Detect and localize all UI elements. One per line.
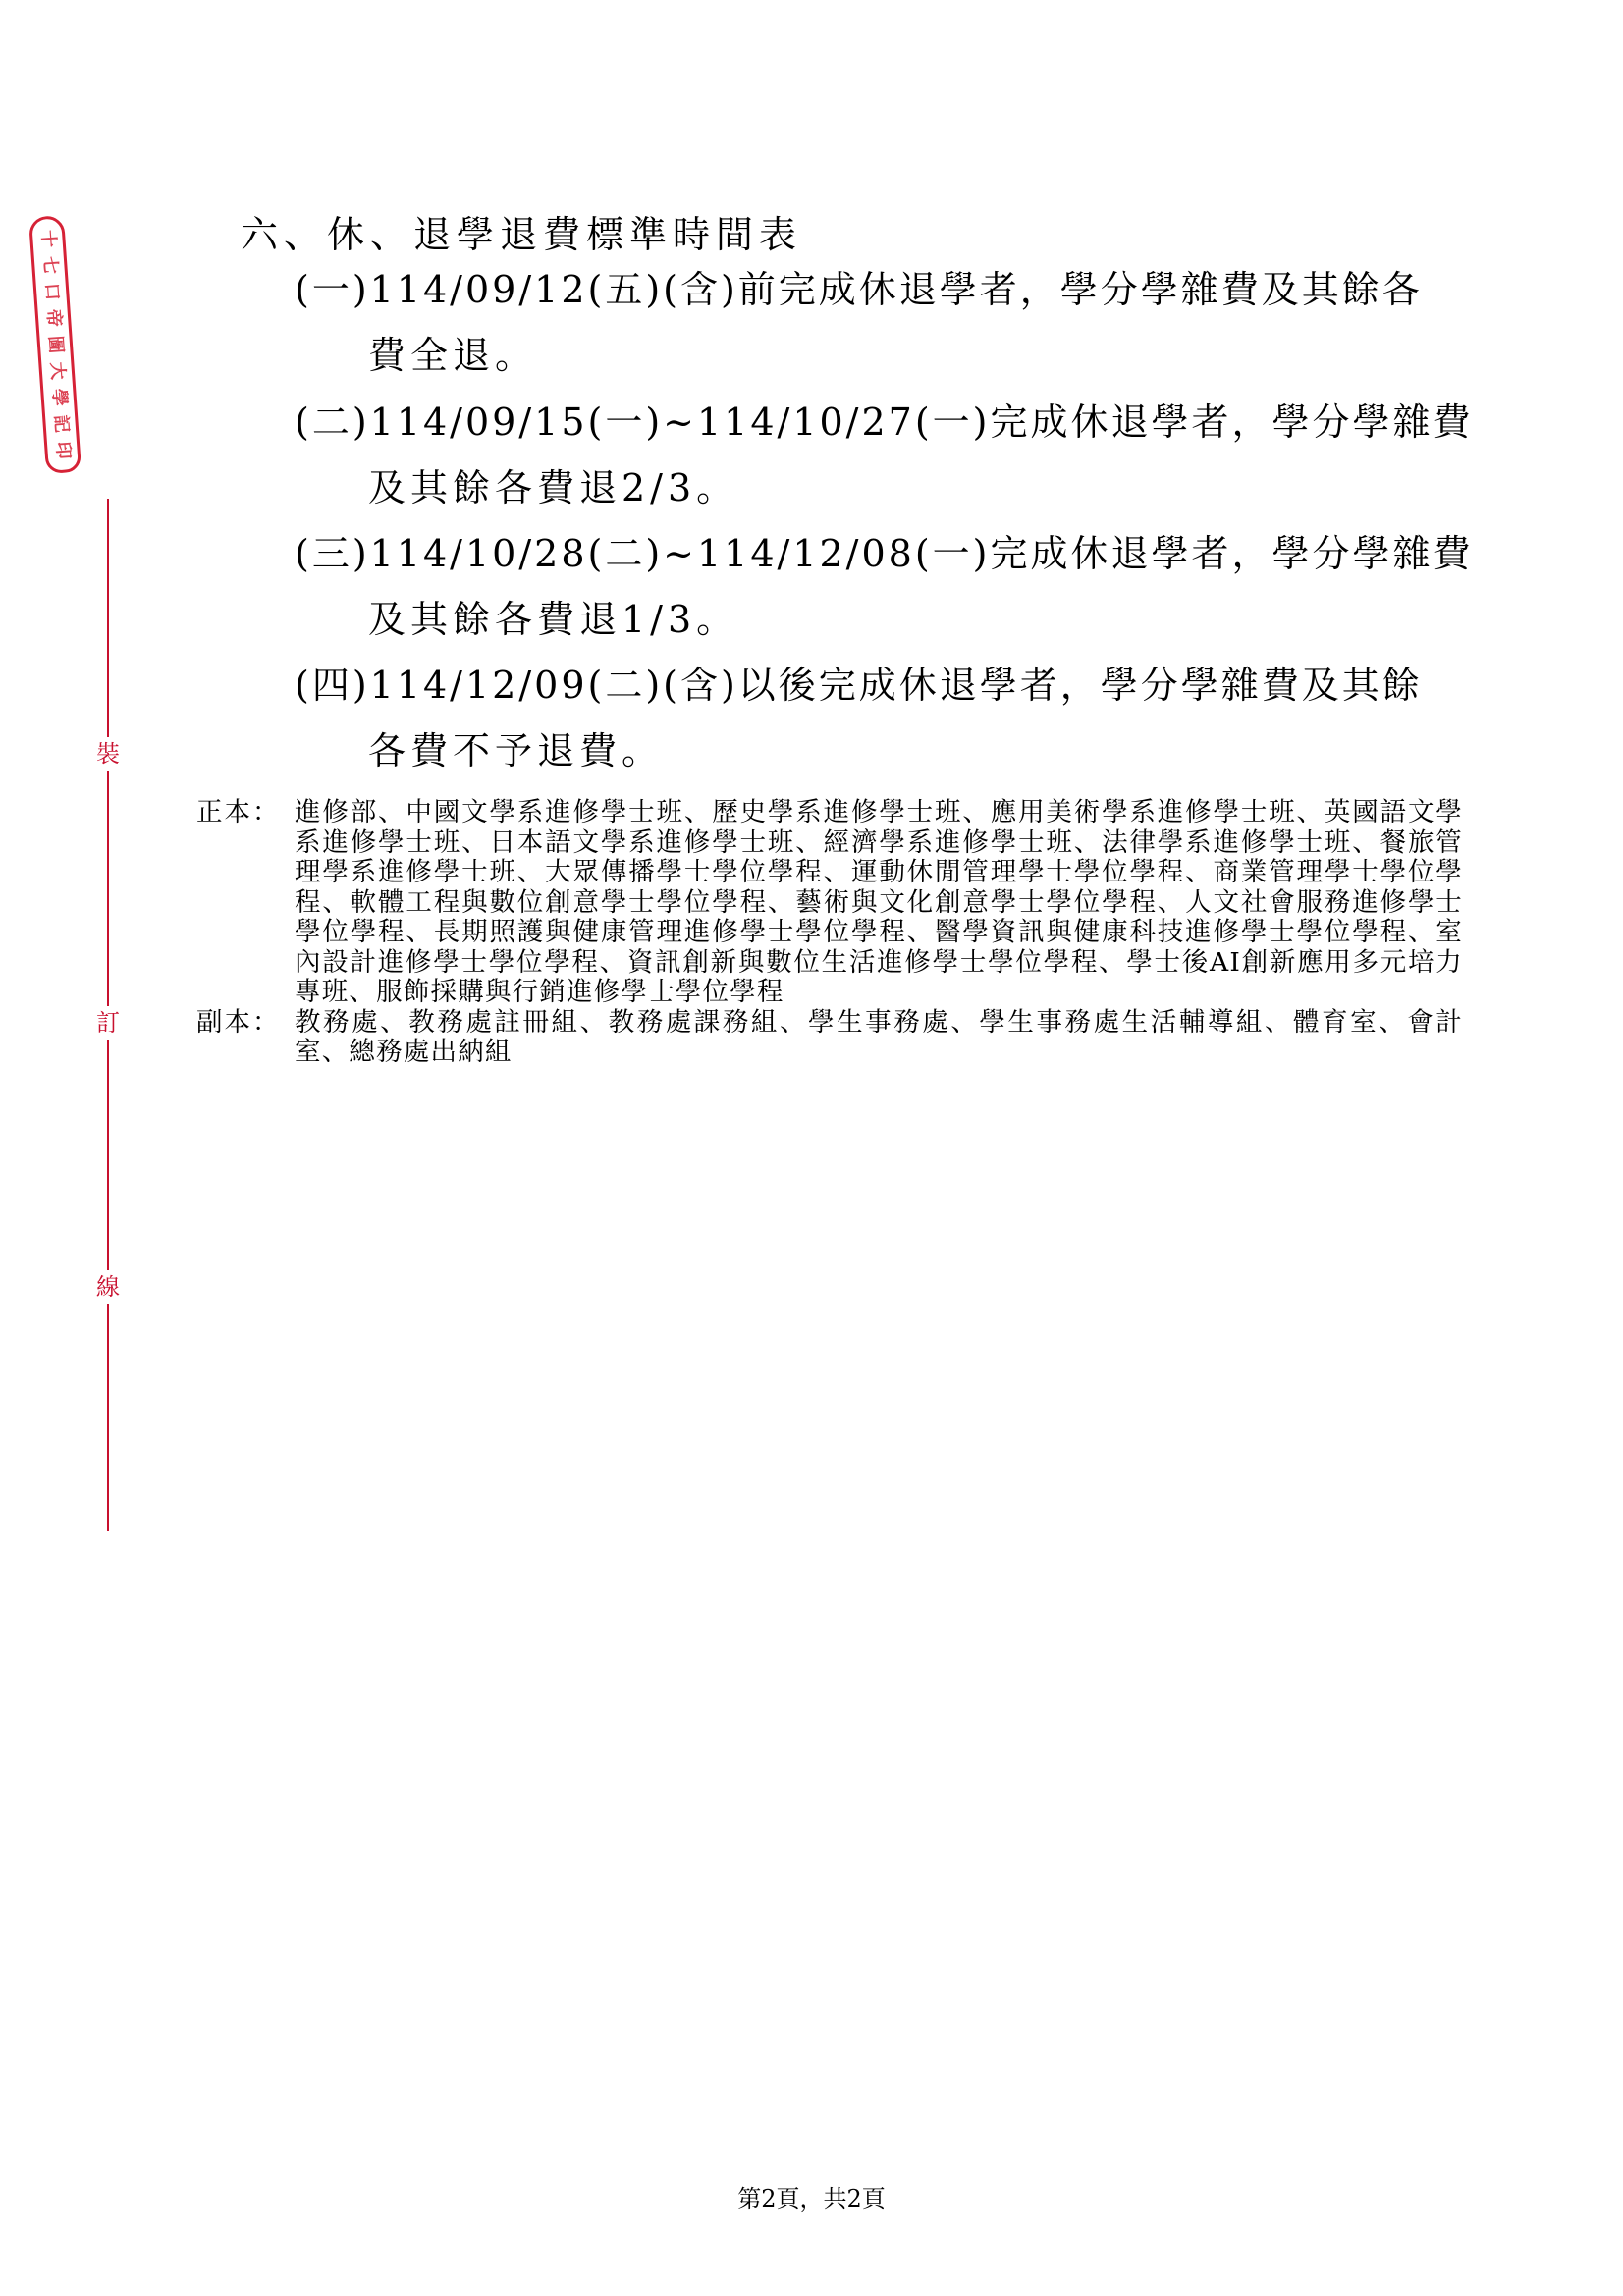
seal-glyph: 圖 bbox=[45, 335, 64, 353]
seal-glyph: 學 bbox=[49, 388, 68, 406]
distribution-list: 正本： 進修部、中國文學系進修學士班、歷史學系進修學士班、應用美術學系進修學士班… bbox=[196, 798, 1463, 1068]
copy-label: 副本： bbox=[196, 1008, 295, 1068]
section-title: 六、休、退學退費標準時間表 bbox=[241, 204, 802, 258]
refund-item-continuation: 及其餘各費退2/3。 bbox=[295, 455, 1453, 521]
binding-label-zhuang: 裝 bbox=[92, 737, 124, 771]
page-number: 第2頁，共2頁 bbox=[0, 2179, 1623, 2214]
refund-item-continuation: 費全退。 bbox=[295, 323, 1453, 389]
refund-item-2: (二)114/09/15(一)~114/10/27(一)完成休退學者，學分學雜費… bbox=[295, 390, 1453, 521]
refund-item-3: (三)114/10/28(二)~114/12/08(一)完成休退學者，學分學雜費… bbox=[295, 521, 1453, 653]
original-recipients: 正本： 進修部、中國文學系進修學士班、歷史學系進修學士班、應用美術學系進修學士班… bbox=[196, 798, 1463, 1008]
official-seal-stamp: 十 七 口 帝 圖 大 學 記 印 bbox=[28, 215, 81, 474]
original-label: 正本： bbox=[196, 798, 295, 1008]
original-recipients-text: 進修部、中國文學系進修學士班、歷史學系進修學士班、應用美術學系進修學士班、英國語… bbox=[295, 798, 1463, 1008]
refund-item-line: (一)114/09/12(五)(含)前完成休退學者，學分學雜費及其餘各 bbox=[295, 257, 1453, 323]
seal-glyph: 口 bbox=[42, 282, 61, 300]
binding-label-ding: 訂 bbox=[92, 1006, 124, 1040]
refund-item-continuation: 及其餘各費退1/3。 bbox=[295, 587, 1453, 653]
seal-glyph: 十 bbox=[38, 229, 57, 247]
refund-item-line: (三)114/10/28(二)~114/12/08(一)完成休退學者，學分學雜費 bbox=[295, 521, 1453, 587]
binding-label-xian: 線 bbox=[92, 1270, 124, 1304]
refund-item-line: (四)114/12/09(二)(含)以後完成休退學者，學分學雜費及其餘 bbox=[295, 653, 1453, 719]
refund-item-line: (二)114/09/15(一)~114/10/27(一)完成休退學者，學分學雜費 bbox=[295, 390, 1453, 455]
refund-item-1: (一)114/09/12(五)(含)前完成休退學者，學分學雜費及其餘各 費全退。 bbox=[295, 257, 1453, 389]
seal-glyph: 大 bbox=[47, 361, 66, 380]
seal-glyph: 記 bbox=[51, 415, 70, 434]
refund-item-continuation: 各費不予退費。 bbox=[295, 719, 1453, 784]
refund-item-4: (四)114/12/09(二)(含)以後完成休退學者，學分學雜費及其餘 各費不予… bbox=[295, 653, 1453, 784]
copy-recipients-text: 教務處、教務處註冊組、教務處課務組、學生事務處、學生事務處生活輔導組、體育室、會… bbox=[295, 1008, 1463, 1068]
seal-glyph: 印 bbox=[53, 442, 72, 460]
seal-glyph: 帝 bbox=[44, 308, 63, 327]
seal-glyph: 七 bbox=[40, 255, 59, 274]
copy-recipients: 副本： 教務處、教務處註冊組、教務處課務組、學生事務處、學生事務處生活輔導組、體… bbox=[196, 1008, 1463, 1068]
